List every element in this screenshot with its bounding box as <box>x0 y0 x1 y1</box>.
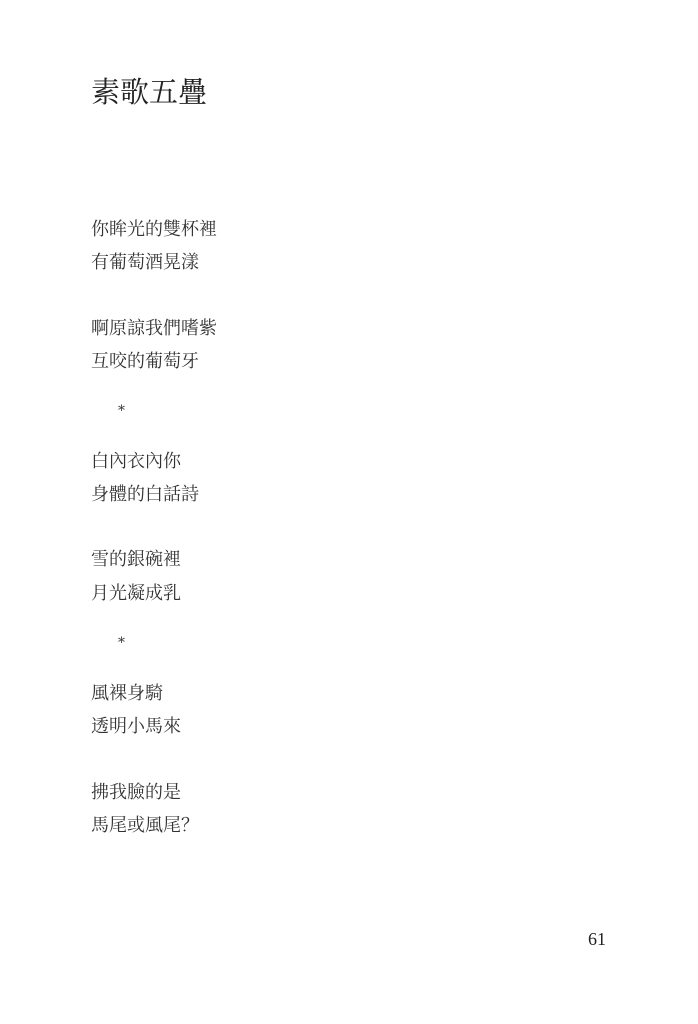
poem-title: 素歌五疊 <box>91 74 207 110</box>
poem-line: 透明小馬來 <box>91 715 181 739</box>
poem-line: 月光凝成乳 <box>91 582 181 606</box>
section-separator: * <box>118 402 125 420</box>
poem-line: 白內衣內你 <box>91 450 181 474</box>
poem-line: 雪的銀碗裡 <box>91 548 181 572</box>
poem-line: 風裸身騎 <box>91 682 163 706</box>
poem-line: 拂我臉的是 <box>91 781 181 805</box>
page-number: 61 <box>588 928 606 950</box>
poem-line: 啊原諒我們嗜紫 <box>91 317 217 341</box>
poem-line: 馬尾或風尾？ <box>91 814 199 838</box>
poem-line: 有葡萄酒晃漾 <box>91 251 199 275</box>
poem-line: 你眸光的雙杯裡 <box>91 218 217 242</box>
poem-line: 互咬的葡萄牙 <box>91 350 199 374</box>
section-separator: * <box>118 634 125 652</box>
poem-line: 身體的白話詩 <box>91 483 199 507</box>
